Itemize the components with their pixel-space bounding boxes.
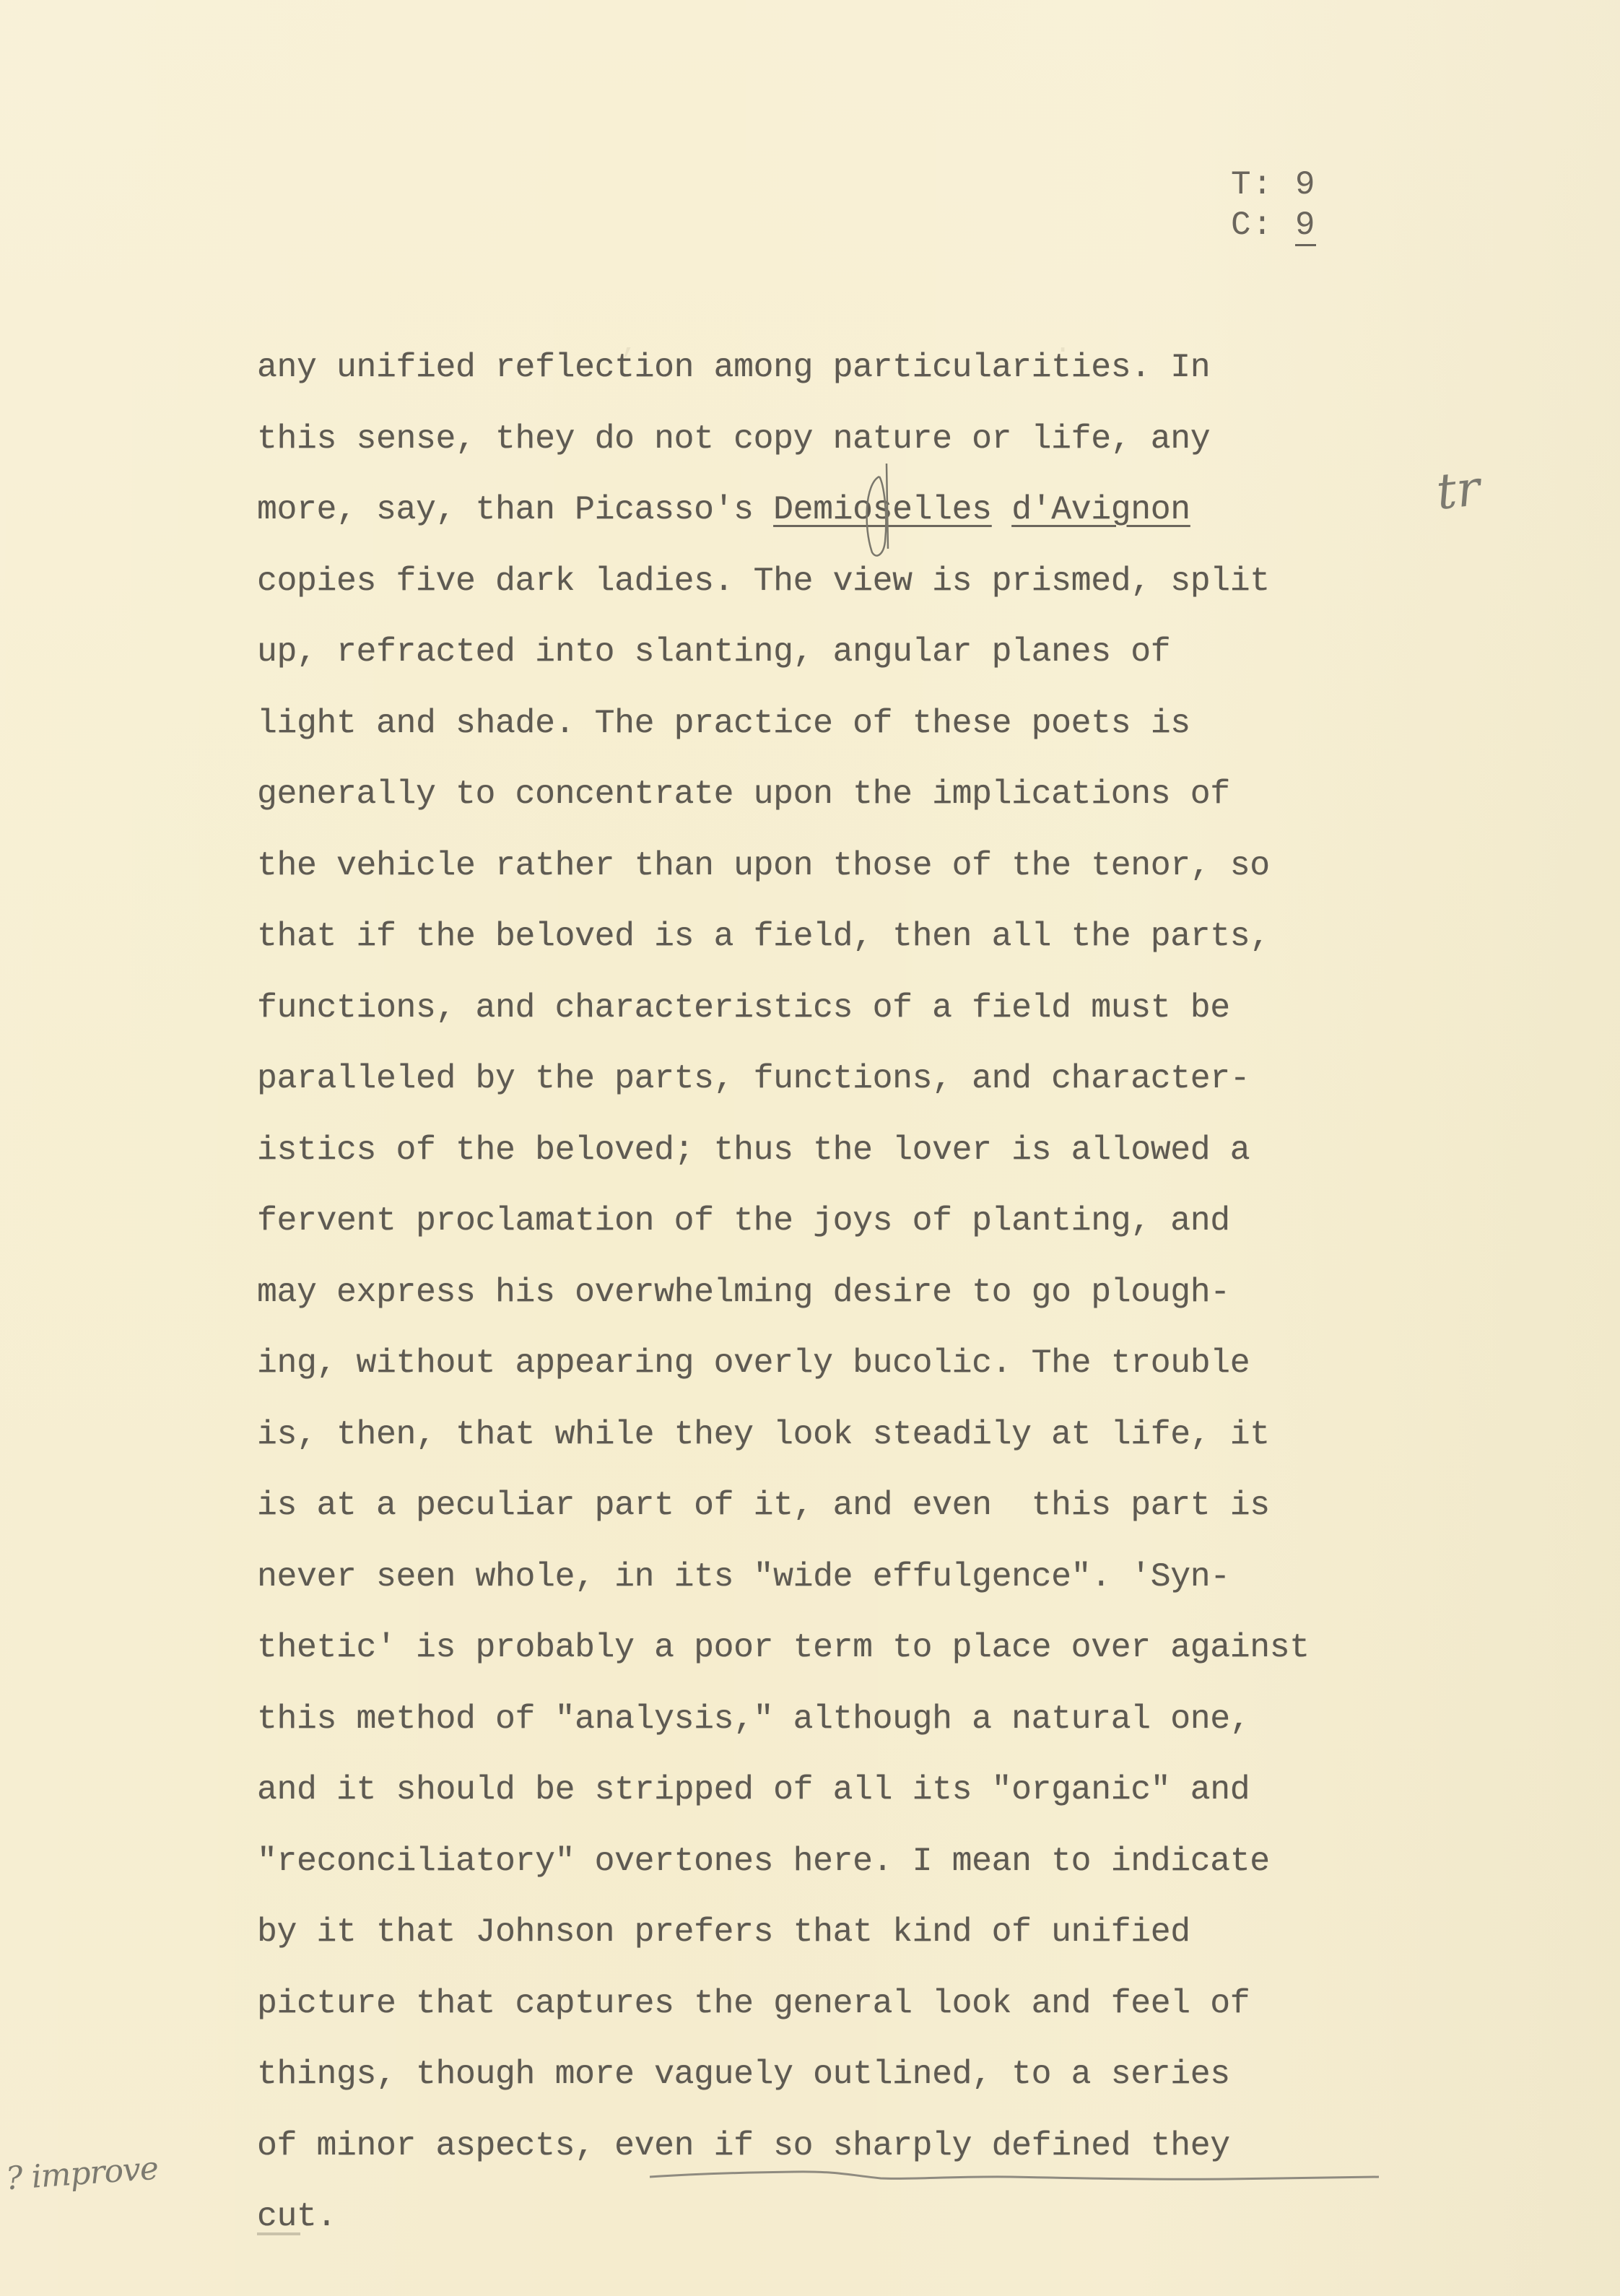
t-label: T:: [1231, 166, 1273, 204]
text-line: ing, without appearing overly bucolic. T…: [257, 1328, 1499, 1399]
pencil-wavy-underline-icon: [650, 2170, 1379, 2184]
margin-mark-transpose: tr: [1434, 460, 1483, 521]
text-line: light and shade. The practice of these p…: [257, 688, 1499, 760]
text-line: things, though more vaguely outlined, to…: [257, 2039, 1499, 2110]
text-line: generally to concentrate upon the implic…: [257, 759, 1499, 830]
text-line: this method of "analysis," although a na…: [257, 1684, 1499, 1755]
text-line: is, then, that while they look steadily …: [257, 1399, 1499, 1471]
handwritten-transpose-loop-icon: [858, 462, 905, 560]
text-line: picture that captures the general look a…: [257, 1968, 1499, 2040]
text-line: and it should be stripped of all its "or…: [257, 1754, 1499, 1826]
text-line: istics of the beloved; thus the lover is…: [257, 1115, 1499, 1186]
text-line: is at a peculiar part of it, and even th…: [257, 1470, 1499, 1541]
text-line: any unified reflection among particulari…: [257, 332, 1499, 404]
text-line: the vehicle rather than upon those of th…: [257, 830, 1499, 902]
text-space: [992, 490, 1012, 529]
page-marker: T: 9 C: 9: [1231, 165, 1316, 245]
text-line: may express his overwhelming desire to g…: [257, 1257, 1499, 1329]
text-line: up, refracted into slanting, angular pla…: [257, 617, 1499, 688]
page-marker-c: C: 9: [1231, 205, 1316, 245]
page-marker-t: T: 9: [1231, 165, 1316, 205]
text-segment: of minor aspects,: [257, 2126, 614, 2165]
text-segment: more, say, than Picasso's: [257, 490, 773, 529]
c-value: 9: [1295, 206, 1317, 246]
text-line: cut.: [257, 2181, 1499, 2253]
faint-underline-mark: [257, 2232, 300, 2235]
text-line: fervent proclamation of the joys of plan…: [257, 1186, 1499, 1257]
artwork-title-part2: d'Avignon: [1011, 490, 1190, 529]
text-line: functions, and characteristics of a fiel…: [257, 973, 1499, 1044]
text-line: never seen whole, in its "wide effulgenc…: [257, 1541, 1499, 1613]
text-line: by it that Johnson prefers that kind of …: [257, 1897, 1499, 1968]
marked-phrase: even if so sharply defined they: [614, 2126, 1230, 2165]
text-line: thetic' is probably a poor term to place…: [257, 1612, 1499, 1684]
text-line: paralleled by the parts, functions, and …: [257, 1043, 1499, 1115]
t-value: 9: [1295, 166, 1317, 204]
c-label: C:: [1231, 206, 1273, 244]
text-line: "reconciliatory" overtones here. I mean …: [257, 1826, 1499, 1897]
text-line: that if the beloved is a field, then all…: [257, 901, 1499, 973]
typewritten-body: any unified reflection among particulari…: [257, 332, 1499, 2253]
